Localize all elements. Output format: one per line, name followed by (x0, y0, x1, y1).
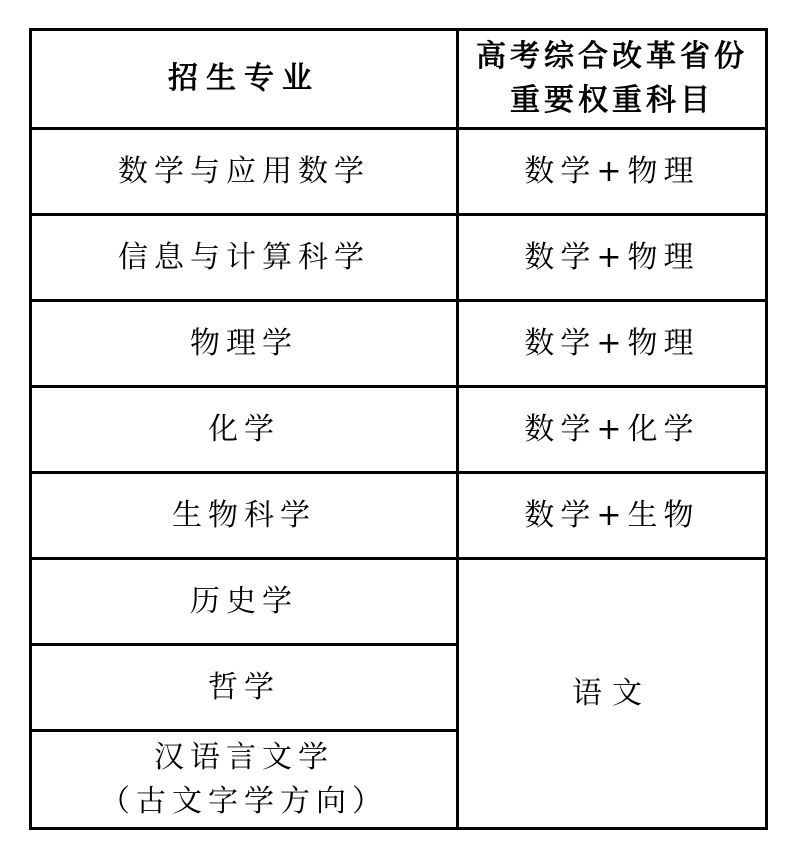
cell-major-line2: （古文字学方向） (32, 780, 456, 824)
cell-major: 汉语言文学 （古文字学方向） (31, 731, 458, 829)
cell-major-line1: 汉语言文学 (32, 736, 456, 780)
table-header-row: 招生专业 高考综合改革省份 重要权重科目 (31, 30, 767, 129)
header-subjects-line2: 重要权重科目 (459, 79, 765, 123)
cell-subjects: 数学+物理 (458, 129, 767, 215)
cell-major: 生物科学 (31, 473, 458, 559)
cell-major: 哲学 (31, 645, 458, 731)
cell-subjects: 数学+生物 (458, 473, 767, 559)
cell-subjects: 数学+物理 (458, 215, 767, 301)
table-row: 化学 数学+化学 (31, 387, 767, 473)
cell-subjects: 数学+物理 (458, 301, 767, 387)
table-row: 数学与应用数学 数学+物理 (31, 129, 767, 215)
cell-major: 化学 (31, 387, 458, 473)
header-subjects: 高考综合改革省份 重要权重科目 (458, 30, 767, 129)
cell-major: 物理学 (31, 301, 458, 387)
cell-major: 信息与计算科学 (31, 215, 458, 301)
cell-major: 历史学 (31, 559, 458, 645)
table-row: 信息与计算科学 数学+物理 (31, 215, 767, 301)
header-major-label: 招生专业 (32, 57, 456, 101)
header-subjects-line1: 高考综合改革省份 (459, 35, 765, 79)
header-major: 招生专业 (31, 30, 458, 129)
table-row: 物理学 数学+物理 (31, 301, 767, 387)
admissions-subjects-table: 招生专业 高考综合改革省份 重要权重科目 数学与应用数学 数学+物理 信息与计算… (29, 28, 768, 830)
cell-subjects-merged: 语文 (458, 559, 767, 829)
table-row: 历史学 语文 (31, 559, 767, 645)
cell-major: 数学与应用数学 (31, 129, 458, 215)
cell-subjects: 数学+化学 (458, 387, 767, 473)
table-row: 生物科学 数学+生物 (31, 473, 767, 559)
